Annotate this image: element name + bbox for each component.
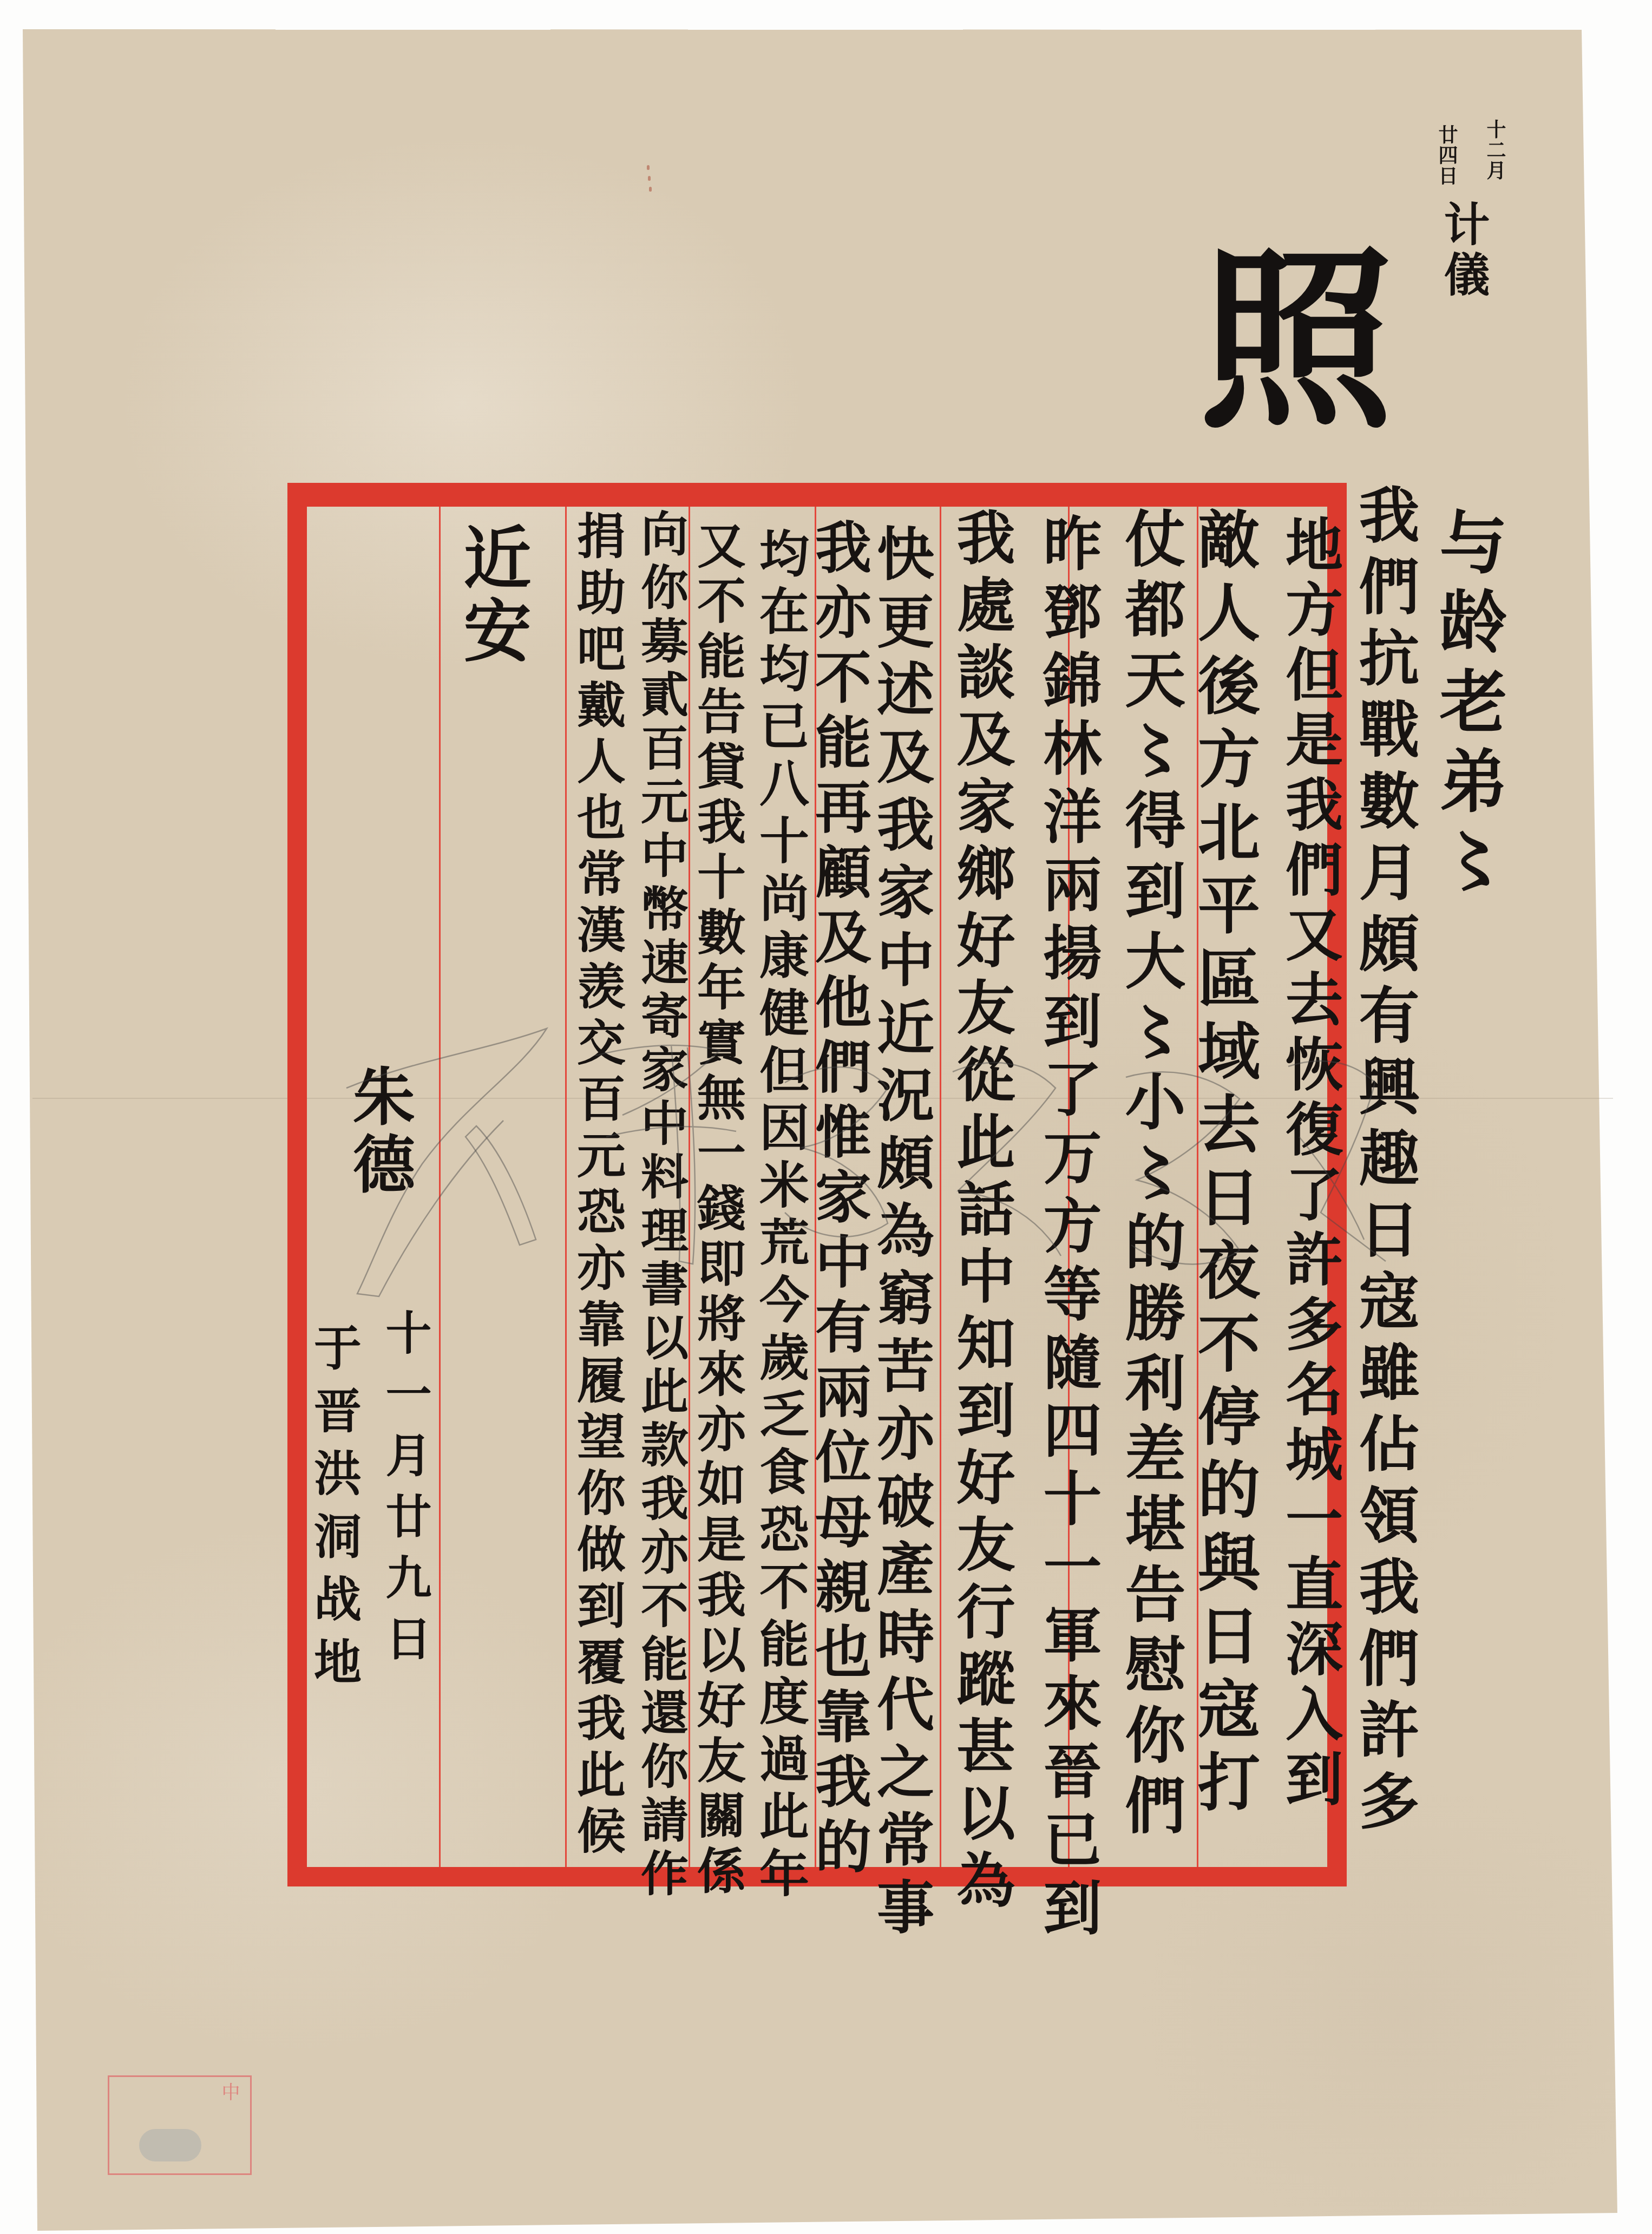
column-rule (439, 507, 441, 1867)
salutation: 与龄老弟〻 (1433, 507, 1501, 905)
letter-body-column: 捐助吧戴人也常漢羡交百元恐亦靠履望你做到覆我此候 (573, 510, 621, 1862)
ink-speck (649, 187, 652, 192)
letter-body-column: 快更述及我家中近況頗為窮苦亦破產時代之常事 (873, 524, 930, 1945)
letter-body-column: 昨鄧錦林洋兩揚到了万方等隨四十一軍來晉已到 (1038, 513, 1097, 1945)
ink-speck (647, 165, 650, 170)
receipt-annotation-day: 廿四日 (1437, 125, 1457, 186)
letter-body-column: 地方但是我們又去恢復了許多名城一直深入到 (1281, 515, 1339, 1814)
column-rule (940, 507, 941, 1867)
archive-stamp: 中 (108, 2075, 252, 2175)
receipt-annotation-month: 十二月 (1485, 119, 1505, 181)
letter-place: 于晋洪洞战地 (311, 1323, 358, 1700)
letter-body-column: 向你募貳百元中幣速寄家中料理書以此款我亦不能還你請作 (638, 509, 685, 1902)
letter-body-column: 我亦不能再顧及他們惟家中有兩位母親也靠我的 (810, 518, 867, 1882)
letter-body-column: 均在均已八十尚康健但因米荒今歲乏食恐不能度過此年 (756, 528, 805, 1905)
salutation-mark: 〻 (1428, 826, 1507, 905)
letter-body-column: 又不能告貸我十數年實無一錢即將來亦如是我以好友關係 (693, 520, 742, 1901)
letter-body-column: 我們抗戰數月頗有興趣日寇雖佔領我們許多 (1354, 483, 1414, 1841)
receipt-annotation-note: 计儀 (1440, 200, 1486, 301)
closing-salutation: 近安 (457, 522, 525, 669)
column-rule (565, 507, 567, 1867)
large-annotation-character: 照 (1199, 244, 1394, 438)
signature: 朱德 (348, 1064, 410, 1200)
letter-date: 十一月廿九日 (382, 1309, 428, 1676)
stamp-char: 中 (216, 2082, 242, 2101)
stamp-number-smudge (139, 2129, 201, 2161)
salutation-name: 与龄老弟 (1428, 507, 1507, 826)
letter-body-column: 敵人後方北平區域去日夜不停的與日寇打 (1192, 507, 1255, 1823)
letter-body-column: 仗都天〻得到大〻小〻的勝利差堪告慰你們 (1120, 507, 1181, 1844)
letter-body-column: 我處談及家鄉好友從此話中知到好友行蹤甚以為 (952, 507, 1010, 1917)
ink-speck (648, 176, 651, 181)
